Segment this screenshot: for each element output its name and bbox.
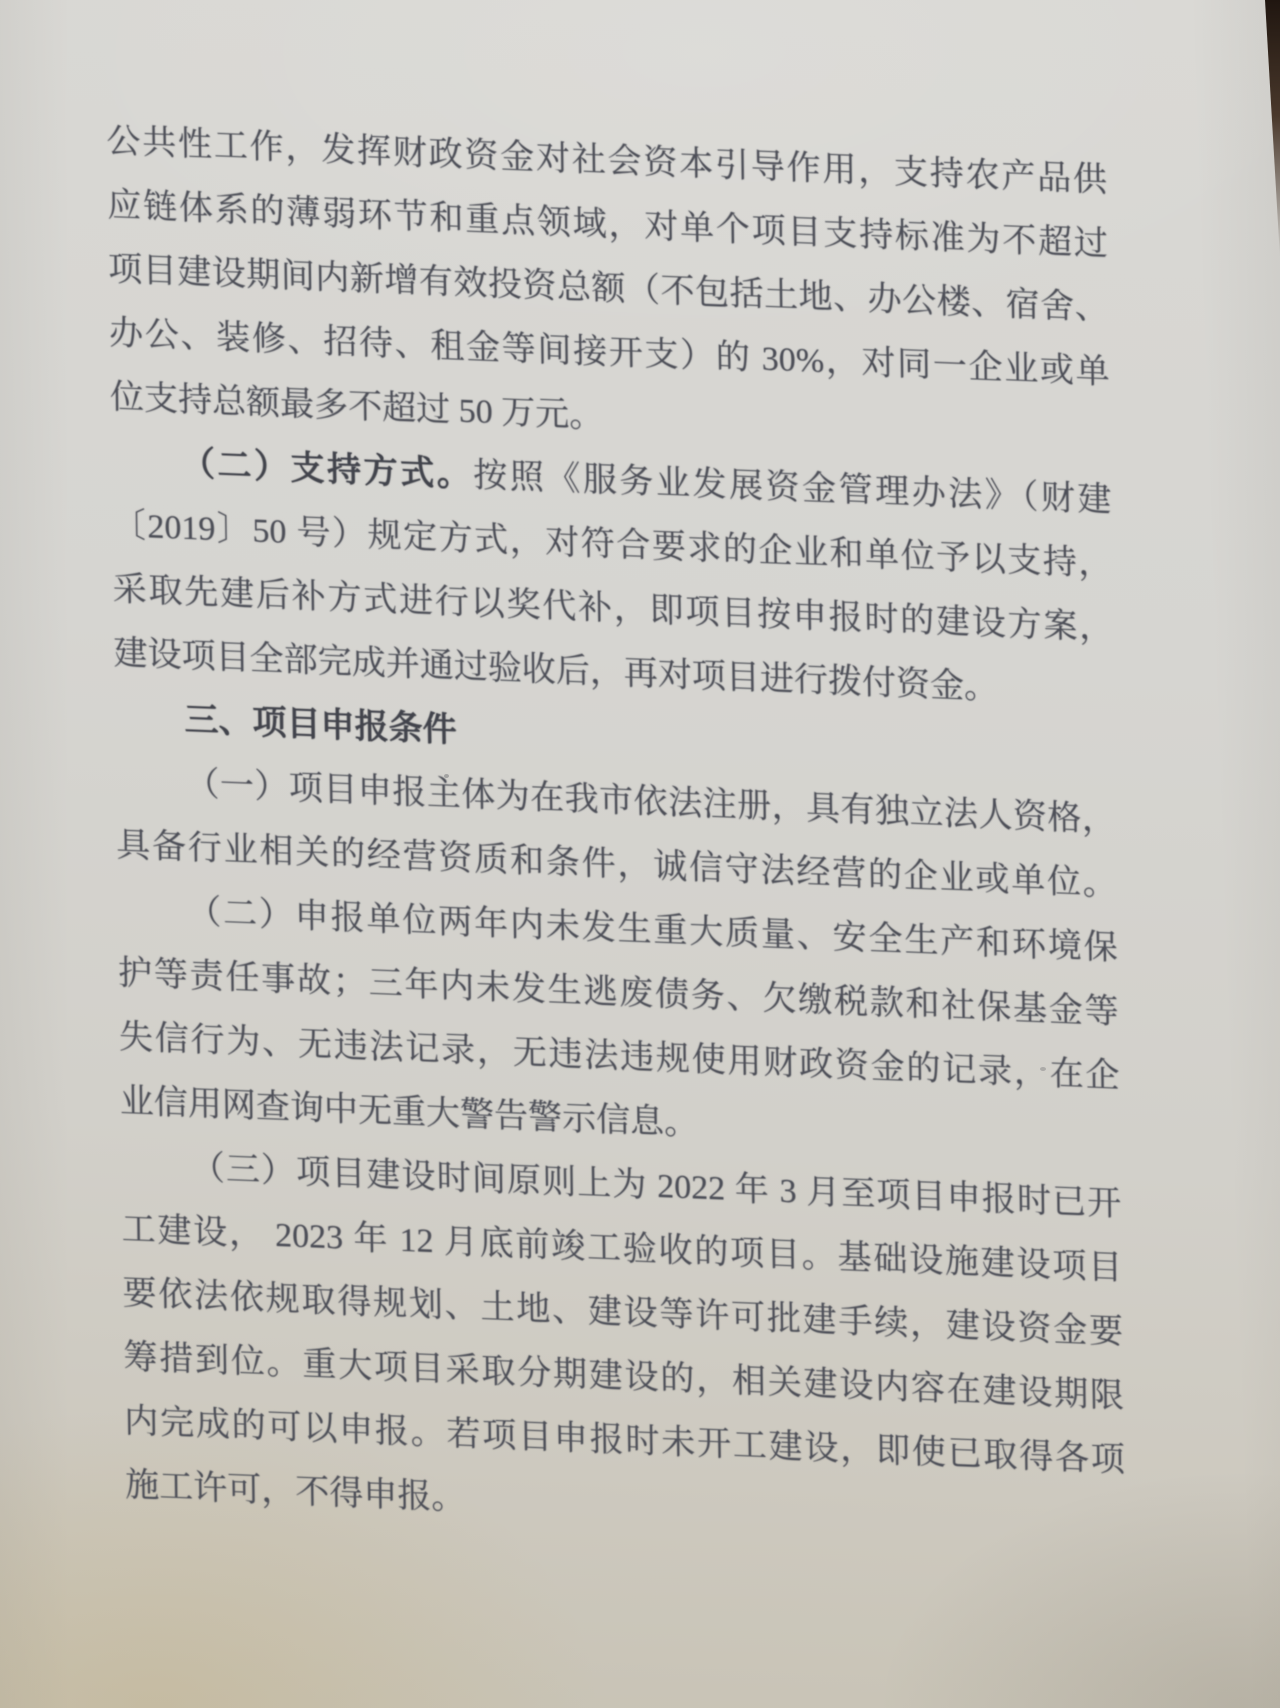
paper-speck: [444, 774, 449, 778]
paper-edge-shadow: [1265, 0, 1280, 258]
text-segment: 业信用网查询中无重大警告警示信息。: [120, 1083, 699, 1143]
text-segment: （二）支持方式。: [181, 446, 474, 494]
text-segment: 按照《服务业发展资金管理办法》（财建: [473, 457, 1112, 519]
paper-speck: [1040, 1067, 1046, 1071]
document-text: 公共性工作，发挥财政资金对社会资本引导作用，支持农产品供应链体系的薄弱环节和重点…: [106, 110, 1126, 1557]
scanned-page: 公共性工作，发挥财政资金对社会资本引导作用，支持农产品供应链体系的薄弱环节和重点…: [0, 0, 1280, 1708]
text-segment: 施工许可，不得申报。: [125, 1467, 466, 1517]
text-segment: 三、项目申报条件: [184, 702, 457, 750]
text-segment: 位支持总额最多不超过 50 万元。: [110, 379, 604, 435]
